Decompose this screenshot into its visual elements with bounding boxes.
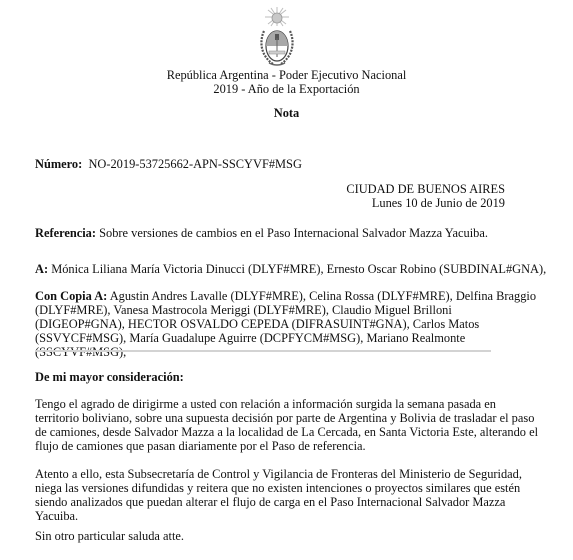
header-year-motto: 2019 - Año de la Exportación [0,82,573,96]
place-date: CIUDAD DE BUENOS AIRES Lunes 10 de Junio… [346,182,505,210]
section-divider [35,350,491,352]
salutation: De mi mayor consideración: [35,370,184,384]
cc-recipients: Con Copia A: Agustin Andres Lavalle (DLY… [35,289,540,359]
document-type: Nota [0,106,573,120]
document-number: Número: NO-2019-53725662-APN-SSCYVF#MSG [35,157,302,171]
cc-value: Agustin Andres Lavalle (DLYF#MRE), Celin… [35,289,536,359]
document-number-value: NO-2019-53725662-APN-SSCYVF#MSG [88,157,301,171]
reference-label: Referencia: [35,226,96,240]
body-paragraph: Atento a ello, esta Subsecretaría de Con… [35,467,540,523]
reference-value: Sobre versiones de cambios en el Paso In… [99,226,488,240]
cc-label: Con Copia A: [35,289,107,303]
reference: Referencia: Sobre versiones de cambios e… [35,226,488,240]
body-paragraph: Tengo el agrado de dirigirme a usted con… [35,397,540,453]
closing: Sin otro particular saluda atte. [35,529,184,543]
recipients-label: A: [35,262,48,276]
place: CIUDAD DE BUENOS AIRES [346,182,505,196]
header-institution: República Argentina - Poder Ejecutivo Na… [0,68,573,82]
date: Lunes 10 de Junio de 2019 [346,196,505,210]
document-number-label: Número: [35,157,82,171]
recipients: A: Mónica Liliana María Victoria Dinucci… [35,262,555,276]
argentina-coat-of-arms-icon [257,4,297,68]
recipients-value: Mónica Liliana María Victoria Dinucci (D… [51,262,546,276]
